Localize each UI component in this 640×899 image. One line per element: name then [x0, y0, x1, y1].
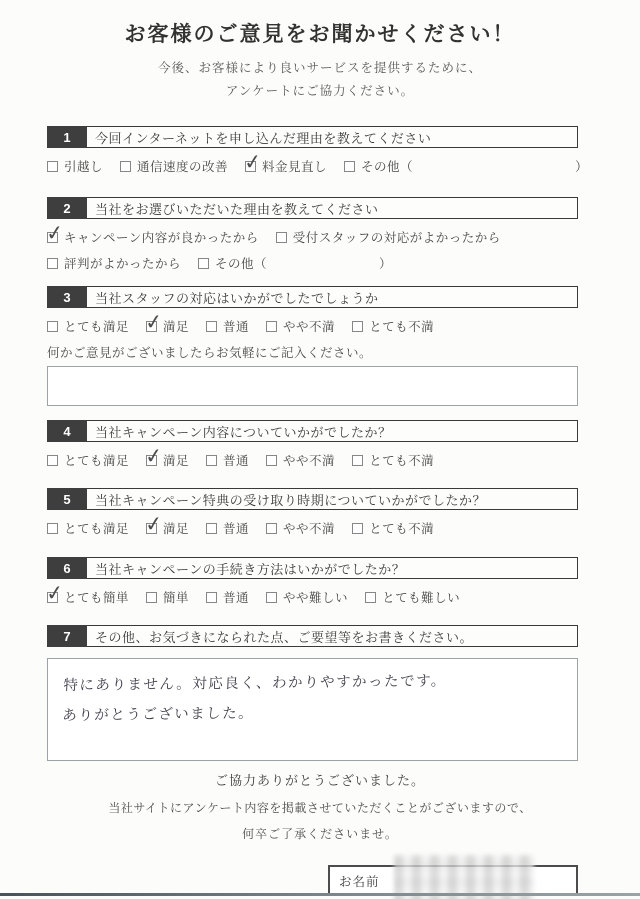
checkbox-label: 受付スタッフの対応がよかったから — [293, 228, 501, 246]
checkbox[interactable] — [146, 321, 157, 332]
options-row: とても満足 満足 普通 やや不満 — [47, 518, 578, 538]
option-somewhat-difficult[interactable]: やや難しい — [266, 588, 348, 606]
checkbox-label: 評判がよかったから — [64, 254, 181, 272]
checkbox[interactable] — [146, 455, 157, 466]
checkbox[interactable] — [245, 161, 256, 172]
option-very-dissatisfied[interactable]: とても不満 — [352, 519, 434, 537]
checkbox[interactable] — [47, 523, 58, 534]
checkbox-label: とても難しい — [382, 588, 460, 606]
scan-edge-line — [0, 893, 640, 896]
checkbox[interactable] — [47, 161, 58, 172]
question-number-badge: 2 — [47, 197, 87, 219]
checkbox[interactable] — [266, 523, 277, 534]
checkbox-label: その他（ — [215, 254, 267, 272]
question-text: その他、お気づきになられた点、ご要望等をお書きください。 — [87, 625, 578, 647]
checkbox-label: 普通 — [223, 317, 249, 335]
option-neutral[interactable]: 普通 — [206, 317, 249, 335]
paren-close: ） — [379, 254, 392, 272]
question-header: 4 当社キャンペーン内容についていかがでしたか？ — [47, 420, 578, 442]
option-somewhat-dissatisfied[interactable]: やや不満 — [266, 519, 335, 537]
checkbox[interactable] — [146, 523, 157, 534]
subtitle-line-2: アンケートにご協力ください。 — [0, 80, 640, 103]
option-very-dissatisfied[interactable]: とても不満 — [352, 317, 434, 335]
option-reputation-good[interactable]: 評判がよかったから — [47, 254, 181, 272]
checkbox-label: 普通 — [223, 588, 249, 606]
checkbox-label: やや不満 — [283, 451, 335, 469]
checkbox[interactable] — [344, 161, 355, 172]
options-row: キャンペーン内容が良かったから 受付スタッフの対応がよかったから — [47, 227, 578, 247]
option-neutral[interactable]: 普通 — [206, 451, 249, 469]
option-somewhat-dissatisfied[interactable]: やや不満 — [266, 317, 335, 335]
checkbox[interactable] — [206, 321, 217, 332]
option-neutral[interactable]: 普通 — [206, 588, 249, 606]
checkbox-label: 引越し — [64, 157, 103, 175]
checkbox-label: 料金見直し — [262, 157, 327, 175]
checkbox-label: とても不満 — [369, 451, 434, 469]
question-number-badge: 5 — [47, 488, 87, 510]
option-very-satisfied[interactable]: とても満足 — [47, 451, 129, 469]
checkbox[interactable] — [266, 321, 277, 332]
checkbox[interactable] — [352, 523, 363, 534]
question-number-badge: 1 — [47, 126, 87, 148]
checkbox-label: 普通 — [223, 519, 249, 537]
options-row: 評判がよかったから その他（ ） — [47, 253, 578, 273]
publication-notice-line-1: 当社サイトにアンケート内容を掲載させていただくことがございますので、 — [0, 799, 640, 816]
checkbox-label: 満足 — [163, 519, 189, 537]
option-very-satisfied[interactable]: とても満足 — [47, 317, 129, 335]
option-fee-review[interactable]: 料金見直し — [245, 157, 327, 175]
question-number-badge: 7 — [47, 625, 87, 647]
option-very-satisfied[interactable]: とても満足 — [47, 519, 129, 537]
section-q7: 7 その他、お気づきになられた点、ご要望等をお書きください。 特にありません。対… — [47, 625, 578, 761]
section-q3: 3 当社スタッフの対応はいかがでしたでしょうか とても満足 満足 普通 — [47, 286, 578, 406]
name-field: お名前 — [328, 865, 578, 896]
checkbox-label: 満足 — [163, 451, 189, 469]
thanks-message: ご協力ありがとうございました。 — [0, 770, 640, 789]
checkbox-label: 満足 — [163, 317, 189, 335]
option-somewhat-dissatisfied[interactable]: やや不満 — [266, 451, 335, 469]
handwritten-answer: 特にありません。対応良く、わかりやすかったです。 ありがとうございました。 — [62, 666, 569, 732]
options-row: とても満足 満足 普通 やや不満 — [47, 450, 578, 470]
section-q2: 2 当社をお選びいただいた理由を教えてください キャンペーン内容が良かったから … — [47, 197, 578, 273]
options-row: とても満足 満足 普通 やや不満 — [47, 316, 578, 336]
question-text: 当社キャンペーン内容についていかがでしたか？ — [87, 420, 578, 442]
page-subtitle: 今後、お客様により良いサービスを提供するために、 アンケートにご協力ください。 — [0, 57, 640, 102]
checkbox-label: とても不満 — [369, 317, 434, 335]
question-header: 1 今回インターネットを申し込んだ理由を教えてください — [47, 126, 578, 148]
question-text: 当社キャンペーンの手続き方法はいかがでしたか？ — [87, 557, 578, 579]
checkbox[interactable] — [276, 232, 287, 243]
footer: ご協力ありがとうございました。 当社サイトにアンケート内容を掲載させていただくこ… — [0, 770, 640, 842]
checkbox[interactable] — [365, 592, 376, 603]
question-header: 2 当社をお選びいただいた理由を教えてください — [47, 197, 578, 219]
checkbox-label: とても簡単 — [64, 588, 129, 606]
checkbox-label: 普通 — [223, 451, 249, 469]
free-text-answer-box[interactable]: 特にありません。対応良く、わかりやすかったです。 ありがとうございました。 — [47, 658, 578, 761]
question-header: 3 当社スタッフの対応はいかがでしたでしょうか — [47, 286, 578, 308]
checkbox[interactable] — [47, 321, 58, 332]
checkbox[interactable] — [206, 592, 217, 603]
section-q5: 5 当社キャンペーン特典の受け取り時期についていかがでしたか？ とても満足 満足… — [47, 488, 578, 538]
question-header: 6 当社キャンペーンの手続き方法はいかがでしたか？ — [47, 557, 578, 579]
subtitle-line-1: 今後、お客様により良いサービスを提供するために、 — [0, 57, 640, 80]
option-satisfied[interactable]: 満足 — [146, 451, 189, 469]
checkbox[interactable] — [206, 455, 217, 466]
question-header: 5 当社キャンペーン特典の受け取り時期についていかがでしたか？ — [47, 488, 578, 510]
checkbox-label: その他（ — [361, 157, 413, 175]
publication-notice-line-2: 何卒ご了承くださいませ。 — [0, 825, 640, 842]
handwritten-line-2: ありがとうございました。 — [62, 696, 568, 732]
checkbox[interactable] — [266, 455, 277, 466]
question-header: 7 その他、お気づきになられた点、ご要望等をお書きください。 — [47, 625, 578, 647]
free-comment-prompt: 何かご意見がございましたらお気軽にご記入ください。 — [47, 343, 578, 361]
checkbox-label: やや難しい — [283, 588, 348, 606]
option-hikkoshi[interactable]: 引越し — [47, 157, 103, 175]
question-number-badge: 3 — [47, 286, 87, 308]
checkbox-label: とても不満 — [369, 519, 434, 537]
option-staff-good[interactable]: 受付スタッフの対応がよかったから — [276, 228, 501, 246]
option-satisfied[interactable]: 満足 — [146, 317, 189, 335]
option-campaign-good[interactable]: キャンペーン内容が良かったから — [47, 228, 259, 246]
survey-form-page: お客様のご意見をお聞かせください！ 今後、お客様により良いサービスを提供するため… — [0, 0, 640, 899]
name-input-area[interactable] — [390, 867, 576, 894]
checkbox-label: やや不満 — [283, 519, 335, 537]
option-satisfied[interactable]: 満足 — [146, 519, 189, 537]
checkbox[interactable] — [146, 592, 157, 603]
checkbox-label: やや不満 — [283, 317, 335, 335]
section-q6: 6 当社キャンペーンの手続き方法はいかがでしたか？ とても簡単 簡単 普通 — [47, 557, 578, 607]
checkbox[interactable] — [198, 258, 209, 269]
option-other[interactable]: その他（ ） — [344, 157, 588, 175]
question-text: 当社キャンペーン特典の受け取り時期についていかがでしたか？ — [87, 488, 578, 510]
checkbox[interactable] — [352, 321, 363, 332]
checkbox[interactable] — [266, 592, 277, 603]
name-field-label: お名前 — [330, 872, 390, 890]
checkbox[interactable] — [47, 258, 58, 269]
option-very-difficult[interactable]: とても難しい — [365, 588, 460, 606]
options-row: 引越し 通信速度の改善 料金見直し その他（ ） — [47, 156, 578, 176]
checkbox[interactable] — [206, 523, 217, 534]
checkbox[interactable] — [47, 232, 58, 243]
option-other[interactable]: その他（ ） — [198, 254, 392, 272]
name-field-row: お名前 — [0, 865, 578, 896]
section-q1: 1 今回インターネットを申し込んだ理由を教えてください 引越し 通信速度の改善 … — [47, 126, 578, 176]
comment-box-empty[interactable] — [47, 366, 578, 406]
question-number-badge: 6 — [47, 557, 87, 579]
checkbox[interactable] — [47, 455, 58, 466]
checkbox-label: とても満足 — [64, 519, 129, 537]
paren-close: ） — [575, 157, 588, 175]
checkbox-label: 通信速度の改善 — [137, 157, 228, 175]
section-q4: 4 当社キャンペーン内容についていかがでしたか？ とても満足 満足 普通 — [47, 420, 578, 470]
option-neutral[interactable]: 普通 — [206, 519, 249, 537]
option-easy[interactable]: 簡単 — [146, 588, 189, 606]
option-speed-improvement[interactable]: 通信速度の改善 — [120, 157, 228, 175]
checkbox[interactable] — [120, 161, 131, 172]
page-title: お客様のご意見をお聞かせください！ — [0, 18, 640, 48]
option-very-easy[interactable]: とても簡単 — [47, 588, 129, 606]
checkbox-label: とても満足 — [64, 317, 129, 335]
option-very-dissatisfied[interactable]: とても不満 — [352, 451, 434, 469]
checkbox-label: キャンペーン内容が良かったから — [64, 228, 259, 246]
checkbox-label: 簡単 — [163, 588, 189, 606]
options-row: とても簡単 簡単 普通 やや難しい — [47, 587, 578, 607]
question-text: 当社をお選びいただいた理由を教えてください — [87, 197, 578, 219]
checkbox[interactable] — [352, 455, 363, 466]
question-text: 当社スタッフの対応はいかがでしたでしょうか — [87, 286, 578, 308]
checkbox-label: とても満足 — [64, 451, 129, 469]
question-number-badge: 4 — [47, 420, 87, 442]
checkbox[interactable] — [47, 592, 58, 603]
question-text: 今回インターネットを申し込んだ理由を教えてください — [87, 126, 578, 148]
